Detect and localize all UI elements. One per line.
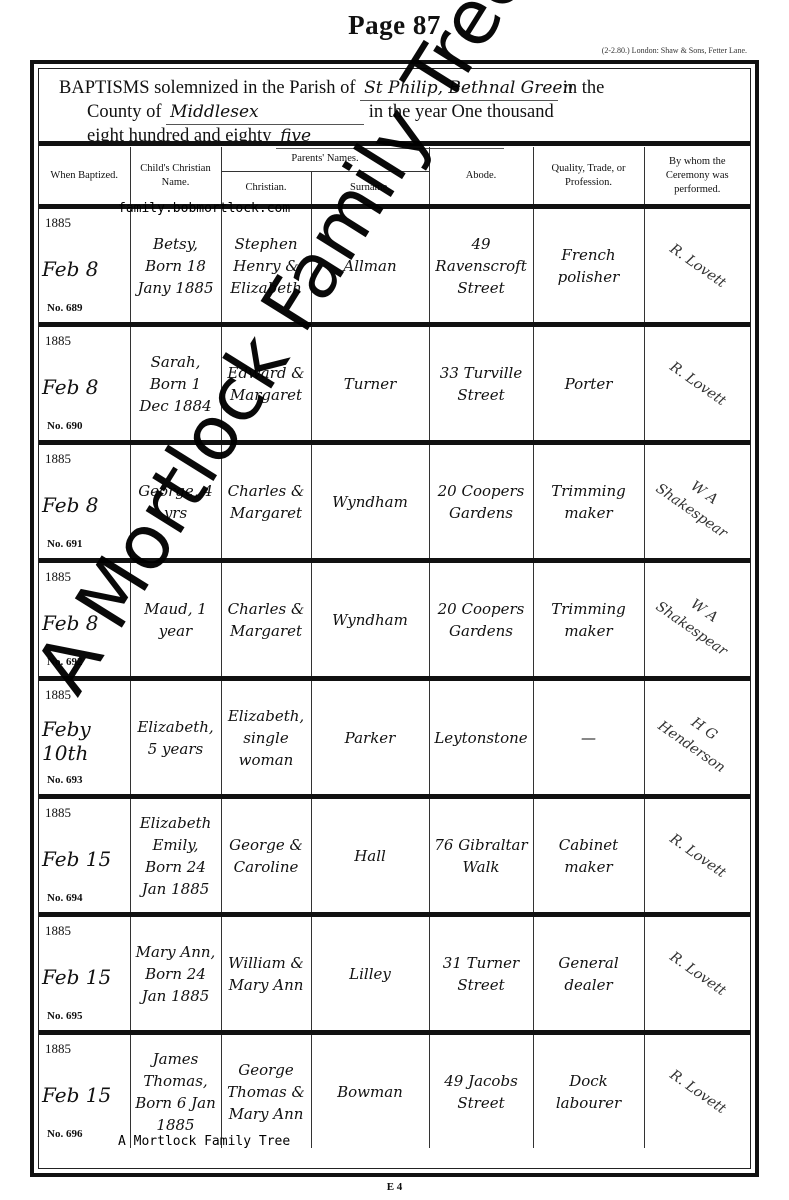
entry-number: No. 692 <box>47 656 82 668</box>
entry-number: No. 696 <box>47 1128 82 1140</box>
label-watermark: A Mortlock Family Tree <box>118 1134 290 1149</box>
entry-date: Feb 15 <box>42 847 127 871</box>
cell-when: 1885 Feb 15 No. 694 <box>39 797 130 915</box>
table-row: 1885 Feb 8 No. 690 Sarah, Born 1 Dec 188… <box>39 325 750 443</box>
col-child: Child's Christian Name. <box>130 147 221 207</box>
cell-abode: 31 Turner Street <box>429 915 533 1033</box>
entry-year: 1885 <box>45 1041 71 1057</box>
entry-number: No. 689 <box>47 302 82 314</box>
cell-by-whom: W A Shakespear <box>644 443 750 561</box>
entry-number: No. 690 <box>47 420 82 432</box>
cell-abode: 49 Ravenscroft Street <box>429 207 533 325</box>
cell-when: 1885 Feb 8 No. 690 <box>39 325 130 443</box>
col-abode: Abode. <box>429 147 533 207</box>
col-by-whom: By whom the Ceremony was performed. <box>644 147 750 207</box>
officiant-signature: W A Shakespear <box>644 573 751 666</box>
cell-abode: 33 Turville Street <box>429 325 533 443</box>
cell-abode: 49 Jacobs Street <box>429 1033 533 1149</box>
url-watermark: family.bobmortlock.com <box>118 201 290 216</box>
cell-parents: George & Caroline <box>221 797 311 915</box>
cell-surname: Lilley <box>311 915 429 1033</box>
cell-surname: Allman <box>311 207 429 325</box>
officiant-signature: R. Lovett <box>650 346 744 421</box>
officiant-signature: R. Lovett <box>650 228 744 303</box>
entry-number: No. 691 <box>47 538 82 550</box>
col-quality: Quality, Trade, or Profession. <box>533 147 644 207</box>
cell-child: Elizabeth, 5 years <box>130 679 221 797</box>
cell-surname: Wyndham <box>311 561 429 679</box>
cell-surname: Bowman <box>311 1033 429 1149</box>
cell-parents: Charles & Margaret <box>221 443 311 561</box>
table-row: 1885 Feb 15 No. 695 Mary Ann, Born 24 Ja… <box>39 915 750 1033</box>
cell-child: Sarah, Born 1 Dec 1884 <box>130 325 221 443</box>
entry-year: 1885 <box>45 333 71 349</box>
register-frame: BAPTISMS solemnized in the Parish of St … <box>30 60 759 1177</box>
cell-when: 1885 Feb 8 No. 689 <box>39 207 130 325</box>
cell-parents: Stephen Henry & Elizabeth <box>221 207 311 325</box>
officiant-signature: R. Lovett <box>650 818 744 893</box>
cell-quality: Trimming maker <box>533 561 644 679</box>
cell-abode: Leytonstone <box>429 679 533 797</box>
table-row: 1885 Feb 8 No. 692 Maud, 1 year Charles … <box>39 561 750 679</box>
cell-by-whom: H G Henderson <box>644 679 750 797</box>
county-field: Middlesex <box>166 101 364 125</box>
cell-parents: Charles & Margaret <box>221 561 311 679</box>
cell-by-whom: R. Lovett <box>644 325 750 443</box>
entry-year: 1885 <box>45 923 71 939</box>
cell-when: 1885 Feb 8 No. 691 <box>39 443 130 561</box>
entry-date: Feb 8 <box>42 257 127 281</box>
officiant-signature: R. Lovett <box>650 1054 744 1129</box>
label-in-the: in the <box>563 78 605 98</box>
entry-date: Feb 15 <box>42 1083 127 1107</box>
cell-quality: Cabinet maker <box>533 797 644 915</box>
label-county: County of <box>87 102 162 122</box>
page-footer: E 4 <box>0 1181 789 1193</box>
cell-surname: Hall <box>311 797 429 915</box>
cell-when: 1885 Feb 15 No. 696 <box>39 1033 130 1149</box>
divider <box>39 141 750 146</box>
entry-date: Feby 10th <box>42 717 127 765</box>
entry-number: No. 693 <box>47 774 82 786</box>
entry-year: 1885 <box>45 569 71 585</box>
entry-date: Feb 8 <box>42 493 127 517</box>
entry-year: 1885 <box>45 215 71 231</box>
cell-quality: Trimming maker <box>533 443 644 561</box>
cell-surname: Wyndham <box>311 443 429 561</box>
baptism-register-table: When Baptized. Child's Christian Name. P… <box>39 147 750 1148</box>
cell-quality: Dock labourer <box>533 1033 644 1149</box>
table-row: 1885 Feb 15 No. 696 James Thomas, Born 6… <box>39 1033 750 1149</box>
cell-by-whom: R. Lovett <box>644 1033 750 1149</box>
entry-year: 1885 <box>45 805 71 821</box>
cell-surname: Parker <box>311 679 429 797</box>
cell-parents: George Thomas & Mary Ann <box>221 1033 311 1149</box>
entry-year: 1885 <box>45 451 71 467</box>
cell-by-whom: R. Lovett <box>644 207 750 325</box>
cell-child: Mary Ann, Born 24 Jan 1885 <box>130 915 221 1033</box>
cell-quality: General dealer <box>533 915 644 1033</box>
cell-child: Maud, 1 year <box>130 561 221 679</box>
officiant-signature: R. Lovett <box>650 936 744 1011</box>
entry-number: No. 695 <box>47 1010 82 1022</box>
cell-abode: 20 Coopers Gardens <box>429 443 533 561</box>
cell-abode: 76 Gibraltar Walk <box>429 797 533 915</box>
cell-child: Betsy, Born 18 Jany 1885 <box>130 207 221 325</box>
cell-when: 1885 Feby 10th No. 693 <box>39 679 130 797</box>
cell-parents: Elizabeth, single woman <box>221 679 311 797</box>
cell-quality: — <box>533 679 644 797</box>
cell-child: George, 4 yrs <box>130 443 221 561</box>
entry-number: No. 694 <box>47 892 82 904</box>
cell-quality: Porter <box>533 325 644 443</box>
cell-abode: 20 Coopers Gardens <box>429 561 533 679</box>
cell-when: 1885 Feb 8 No. 692 <box>39 561 130 679</box>
table-row: 1885 Feb 8 No. 689 Betsy, Born 18 Jany 1… <box>39 207 750 325</box>
col-parents: Parents' Names. <box>221 147 429 172</box>
cell-surname: Turner <box>311 325 429 443</box>
cell-parents: William & Mary Ann <box>221 915 311 1033</box>
cell-child: James Thomas, Born 6 Jan 1885 <box>130 1033 221 1149</box>
cell-by-whom: W A Shakespear <box>644 561 750 679</box>
cell-when: 1885 Feb 15 No. 695 <box>39 915 130 1033</box>
officiant-signature: W A Shakespear <box>644 455 751 548</box>
printer-note: (2-2.80.) London: Shaw & Sons, Fetter La… <box>602 46 747 55</box>
table-row: 1885 Feb 15 No. 694 Elizabeth Emily, Bor… <box>39 797 750 915</box>
col-when: When Baptized. <box>39 147 130 207</box>
register-header: BAPTISMS solemnized in the Parish of St … <box>59 77 749 149</box>
cell-child: Elizabeth Emily, Born 24 Jan 1885 <box>130 797 221 915</box>
entry-year: 1885 <box>45 687 71 703</box>
table-row: 1885 Feby 10th No. 693 Elizabeth, 5 year… <box>39 679 750 797</box>
col-parent-surname: Surname. <box>311 172 429 207</box>
cell-quality: French polisher <box>533 207 644 325</box>
label-baptisms: BAPTISMS solemnized in the Parish of <box>59 78 356 98</box>
entry-date: Feb 8 <box>42 375 127 399</box>
cell-by-whom: R. Lovett <box>644 915 750 1033</box>
entry-date: Feb 15 <box>42 965 127 989</box>
cell-parents: Edward & Margaret <box>221 325 311 443</box>
label-year: in the year One thousand <box>369 102 554 122</box>
entry-date: Feb 8 <box>42 611 127 635</box>
page-title: Page 87 <box>0 10 789 41</box>
table-row: 1885 Feb 8 No. 691 George, 4 yrs Charles… <box>39 443 750 561</box>
cell-by-whom: R. Lovett <box>644 797 750 915</box>
parish-field: St Philip, Bethnal Green <box>360 77 558 101</box>
officiant-signature: H G Henderson <box>644 691 751 784</box>
